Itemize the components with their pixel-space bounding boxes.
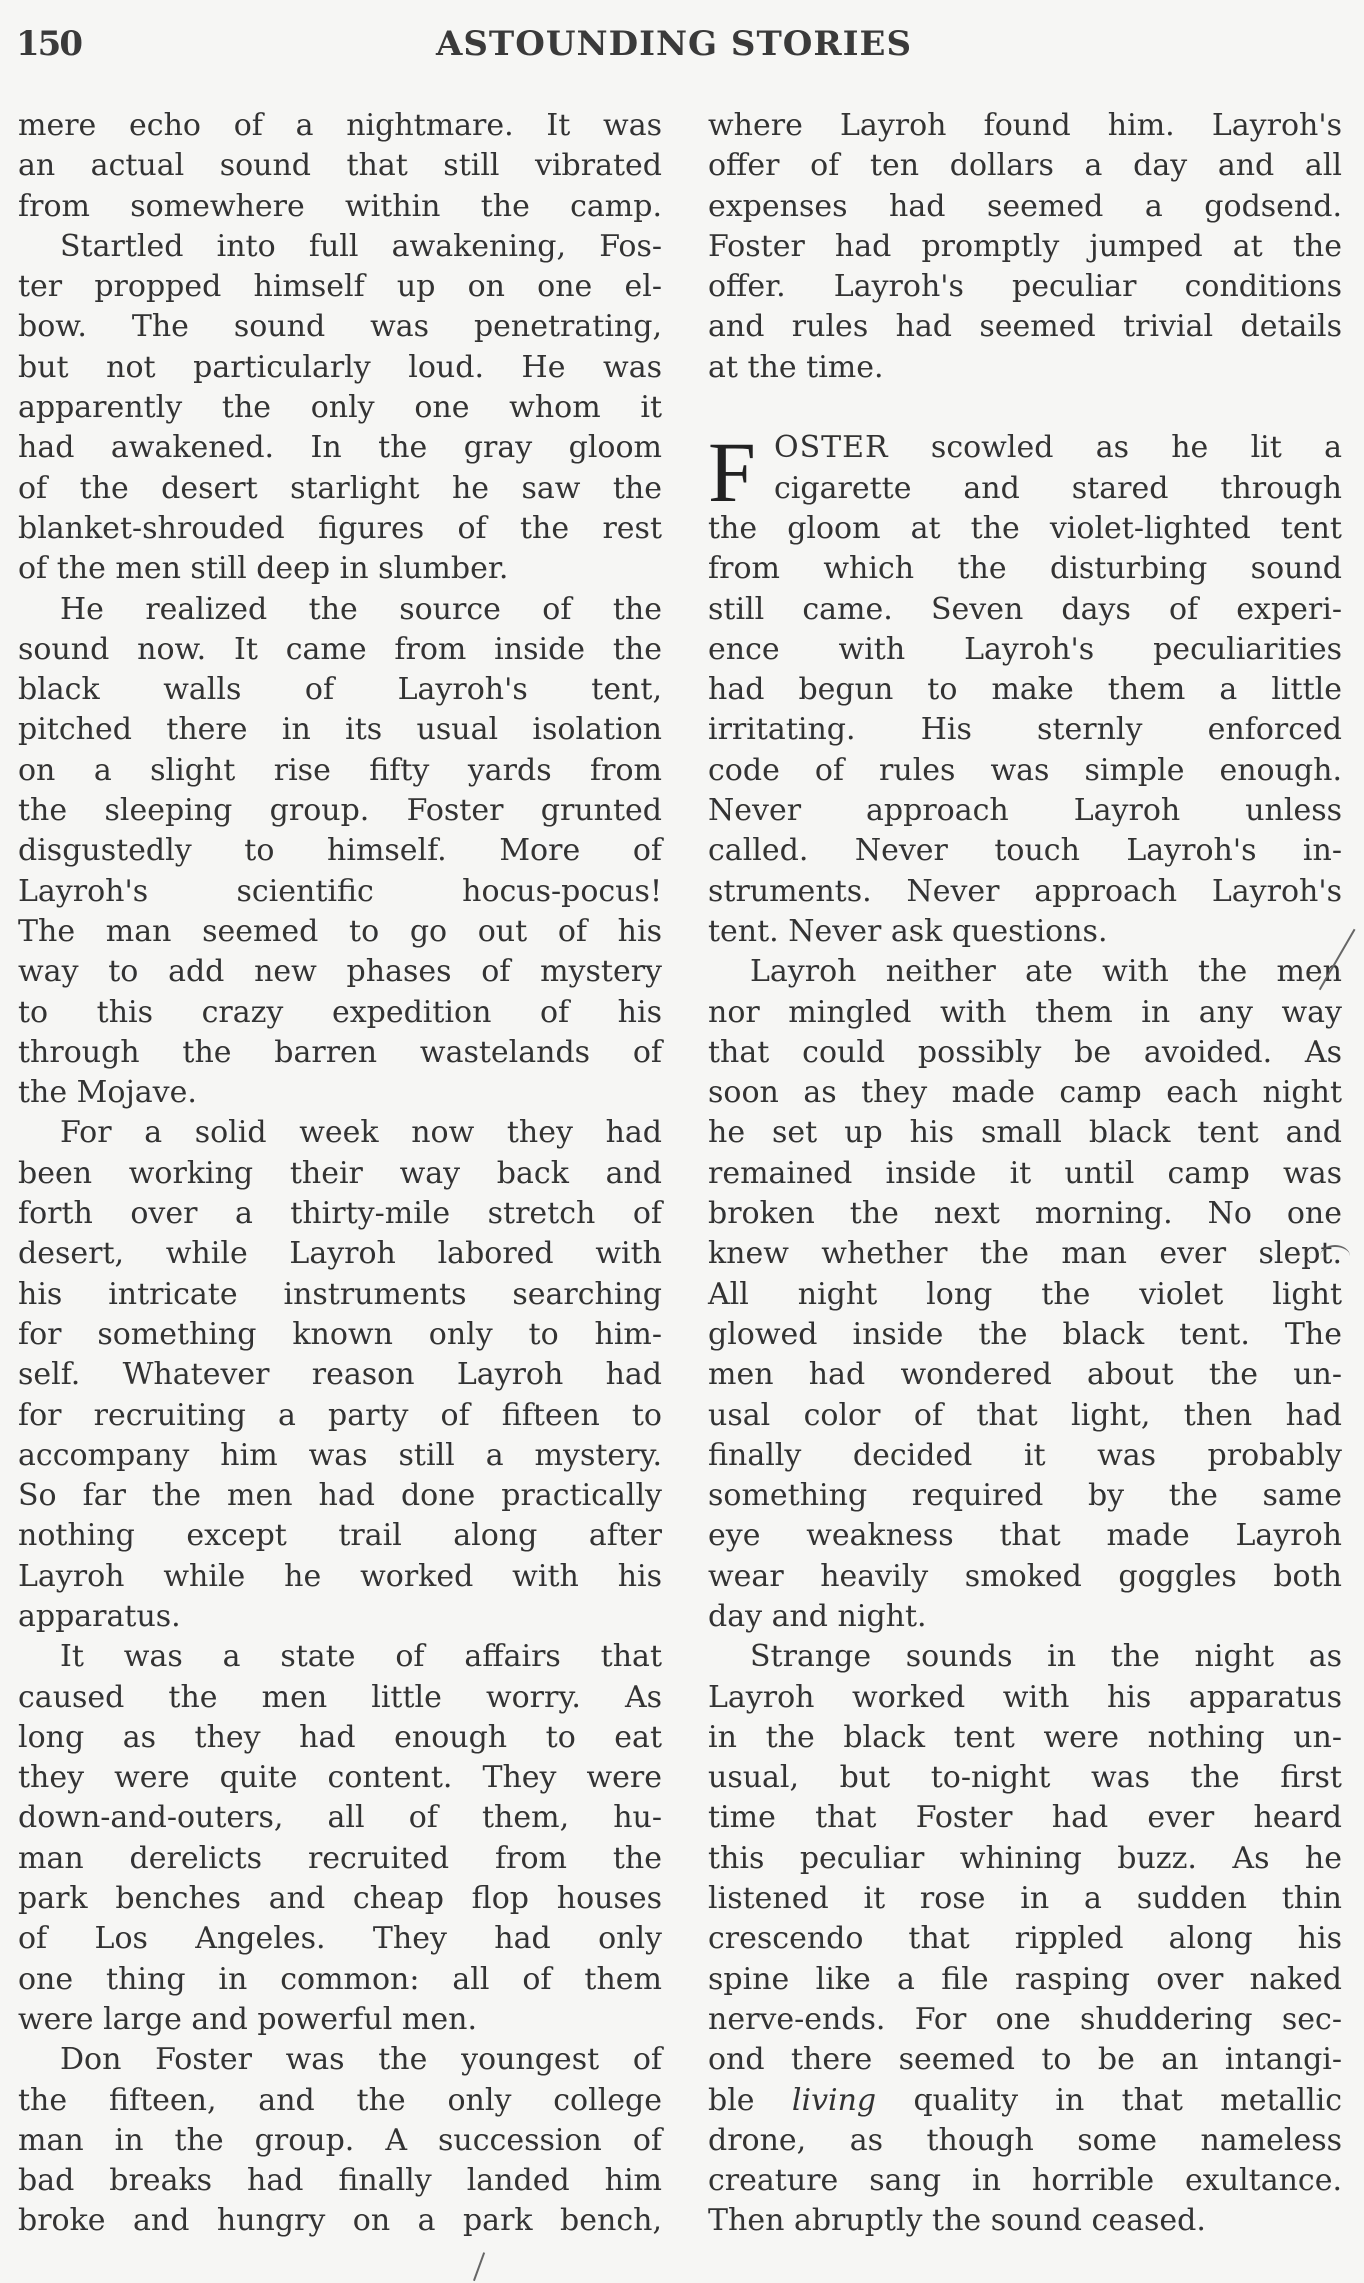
text-line: offer. Layroh's peculiar conditions (708, 267, 1342, 307)
italic-word: living (792, 2083, 876, 2118)
text-line: they were quite content. They were (18, 1758, 662, 1798)
text-line: that could possibly be avoided. As (708, 1033, 1342, 1073)
text-line: the fifteen, and the only college (18, 2081, 662, 2121)
text-line: been working their way back and (18, 1154, 662, 1194)
text-line: spine like a file rasping over naked (708, 1960, 1342, 2000)
text-line: Don Foster was the youngest of (18, 2040, 662, 2080)
text-line: broken the next morning. No one (708, 1194, 1342, 1234)
text-line: pitched there in its usual isolation (18, 710, 662, 750)
text-line: at the time. (708, 348, 1342, 388)
text-line: offer of ten dollars a day and all (708, 146, 1342, 186)
text-line: park benches and cheap flop houses (18, 1879, 662, 1919)
text-line: forth over a thirty-mile stretch of (18, 1194, 662, 1234)
text-line: tent. Never ask questions. (708, 912, 1342, 952)
text-line: mere echo of a nightmare. It was (18, 106, 662, 146)
text-line: way to add new phases of mystery (18, 952, 662, 992)
text-line: eye weakness that made Layroh (708, 1516, 1342, 1556)
text-line: an actual sound that still vibrated (18, 146, 662, 186)
text-line: men had wondered about the un- (708, 1355, 1342, 1395)
text-line: but not particularly loud. He was (18, 348, 662, 388)
text-line: self. Whatever reason Layroh had (18, 1355, 662, 1395)
text-line: his intricate instruments searching (18, 1275, 662, 1315)
pen-mark (1320, 1245, 1350, 1267)
text-line: soon as they made camp each night (708, 1073, 1342, 1113)
text-line: struments. Never approach Layroh's (708, 872, 1342, 912)
running-head: ASTOUNDING STORIES (436, 24, 912, 64)
text-line: still came. Seven days of experi- (708, 590, 1342, 630)
text-line: had begun to make them a little (708, 670, 1342, 710)
text-line: caused the men little worry. As (18, 1678, 662, 1718)
drop-cap: F (708, 432, 756, 512)
text-line: down-and-outers, all of them, hu- (18, 1798, 662, 1838)
text-line: from which the disturbing sound (708, 549, 1342, 589)
text-line: something required by the same (708, 1476, 1342, 1516)
text-line: he set up his small black tent and (708, 1113, 1342, 1153)
text-line: the sleeping group. Foster grunted (18, 791, 662, 831)
text-line: bad breaks had finally landed him (18, 2161, 662, 2201)
text-line: code of rules was simple enough. (708, 751, 1342, 791)
text-line: of the desert starlight he saw the (18, 469, 662, 509)
text-line: this peculiar whining buzz. As he (708, 1839, 1342, 1879)
text-line: for recruiting a party of fifteen to (18, 1396, 662, 1436)
text-line: ence with Layroh's peculiarities (708, 630, 1342, 670)
text-line: long as they had enough to eat (18, 1718, 662, 1758)
text-line: nor mingled with them in any way (708, 993, 1342, 1033)
text-line: to this crazy expedition of his (18, 993, 662, 1033)
text-line: bow. The sound was penetrating, (18, 307, 662, 347)
text-line: in the black tent were nothing un- (708, 1718, 1342, 1758)
text-line: the Mojave. (18, 1073, 662, 1113)
text-line: the gloom at the violet-lighted tent (708, 509, 1342, 549)
text-line: glowed inside the black tent. The (708, 1315, 1342, 1355)
text-line-with-italic: ble living quality in that metallic (708, 2081, 1342, 2121)
text-line: drone, as though some nameless (708, 2121, 1342, 2161)
text-line: day and night. (708, 1597, 1342, 1637)
text-line: black walls of Layroh's tent, (18, 670, 662, 710)
small-caps-opening: OSTER (774, 430, 889, 465)
right-column: where Layroh found him. Layroh'soffer of… (708, 106, 1342, 2242)
text-line: knew whether the man ever slept. (708, 1234, 1342, 1274)
text-line: expenses had seemed a godsend. (708, 187, 1342, 227)
text-line: It was a state of affairs that (18, 1637, 662, 1677)
text-line: of the men still deep in slumber. (18, 549, 662, 589)
text-line: called. Never touch Layroh's in- (708, 831, 1342, 871)
text-line: nothing except trail along after (18, 1516, 662, 1556)
paragraph-continuation: where Layroh found him. Layroh'soffer of… (708, 106, 1342, 388)
text-line: desert, while Layroh labored with (18, 1234, 662, 1274)
text-line: for something known only to him- (18, 1315, 662, 1355)
page-header: 150 ASTOUNDING STORIES (0, 22, 1364, 72)
text-line: Layroh neither ate with the men (708, 952, 1342, 992)
text-line: time that Foster had ever heard (708, 1798, 1342, 1838)
drop-cap-paragraph-opening: F OSTER scowled as he lit a cigarette an… (708, 428, 1342, 509)
text-line: crescendo that rippled along his (708, 1919, 1342, 1959)
text-line: on a slight rise fifty yards from (18, 751, 662, 791)
text-line: All night long the violet light (708, 1275, 1342, 1315)
text-line: usual, but to-night was the first (708, 1758, 1342, 1798)
text-line: from somewhere within the camp. (18, 187, 662, 227)
body-text: the gloom at the violet-lighted tentfrom… (708, 509, 1342, 2040)
text-line: broke and hungry on a park bench, (18, 2201, 662, 2241)
text-line: nerve-ends. For one shuddering sec- (708, 2000, 1342, 2040)
paragraph-end: drone, as though some namelesscreature s… (708, 2121, 1342, 2242)
text-line: and rules had seemed trivial details (708, 307, 1342, 347)
text-line: Foster had promptly jumped at the (708, 227, 1342, 267)
text-line: cigarette and stared through (708, 469, 1342, 509)
text-line: where Layroh found him. Layroh's (708, 106, 1342, 146)
text-line: listened it rose in a sudden thin (708, 1879, 1342, 1919)
text-line: sound now. It came from inside the (18, 630, 662, 670)
text-line: Never approach Layroh unless (708, 791, 1342, 831)
text-line: OSTER scowled as he lit a (708, 428, 1342, 468)
text-line: The man seemed to go out of his (18, 912, 662, 952)
text-line: were large and powerful men. (18, 2000, 662, 2040)
text-line: Layroh's scientific hocus-pocus! (18, 872, 662, 912)
text-line: one thing in common: all of them (18, 1960, 662, 2000)
text-line: blanket-shrouded figures of the rest (18, 509, 662, 549)
text-line: usal color of that light, then had (708, 1396, 1342, 1436)
text-line: of Los Angeles. They had only (18, 1919, 662, 1959)
page-number: 150 (16, 24, 81, 64)
text-line: Then abruptly the sound ceased. (708, 2201, 1342, 2241)
text-line: finally decided it was probably (708, 1436, 1342, 1476)
text-line: disgustedly to himself. More of (18, 831, 662, 871)
text-line: apparatus. (18, 1597, 662, 1637)
text-line: apparently the only one whom it (18, 388, 662, 428)
text-line: accompany him was still a mystery. (18, 1436, 662, 1476)
text-line: So far the men had done practically (18, 1476, 662, 1516)
text-line: Strange sounds in the night as (708, 1637, 1342, 1677)
text-line: irritating. His sternly enforced (708, 710, 1342, 750)
text-line: ond there seemed to be an intangi- (708, 2040, 1342, 2080)
text-line: wear heavily smoked goggles both (708, 1557, 1342, 1597)
pen-mark (473, 2252, 487, 2282)
left-column: mere echo of a nightmare. It wasan actua… (18, 106, 662, 2242)
text-line: ter propped himself up on one el- (18, 267, 662, 307)
text-line: For a solid week now they had (18, 1113, 662, 1153)
text-line: Startled into full awakening, Fos- (18, 227, 662, 267)
text-line: Layroh while he worked with his (18, 1557, 662, 1597)
text-line: man derelicts recruited from the (18, 1839, 662, 1879)
text-line: man in the group. A succession of (18, 2121, 662, 2161)
section-break (708, 388, 1342, 428)
text-line: He realized the source of the (18, 590, 662, 630)
text-line: creature sang in horrible exultance. (708, 2161, 1342, 2201)
text-line: Layroh worked with his apparatus (708, 1678, 1342, 1718)
text-line: remained inside it until camp was (708, 1154, 1342, 1194)
text-line: had awakened. In the gray gloom (18, 428, 662, 468)
text-line: through the barren wastelands of (18, 1033, 662, 1073)
